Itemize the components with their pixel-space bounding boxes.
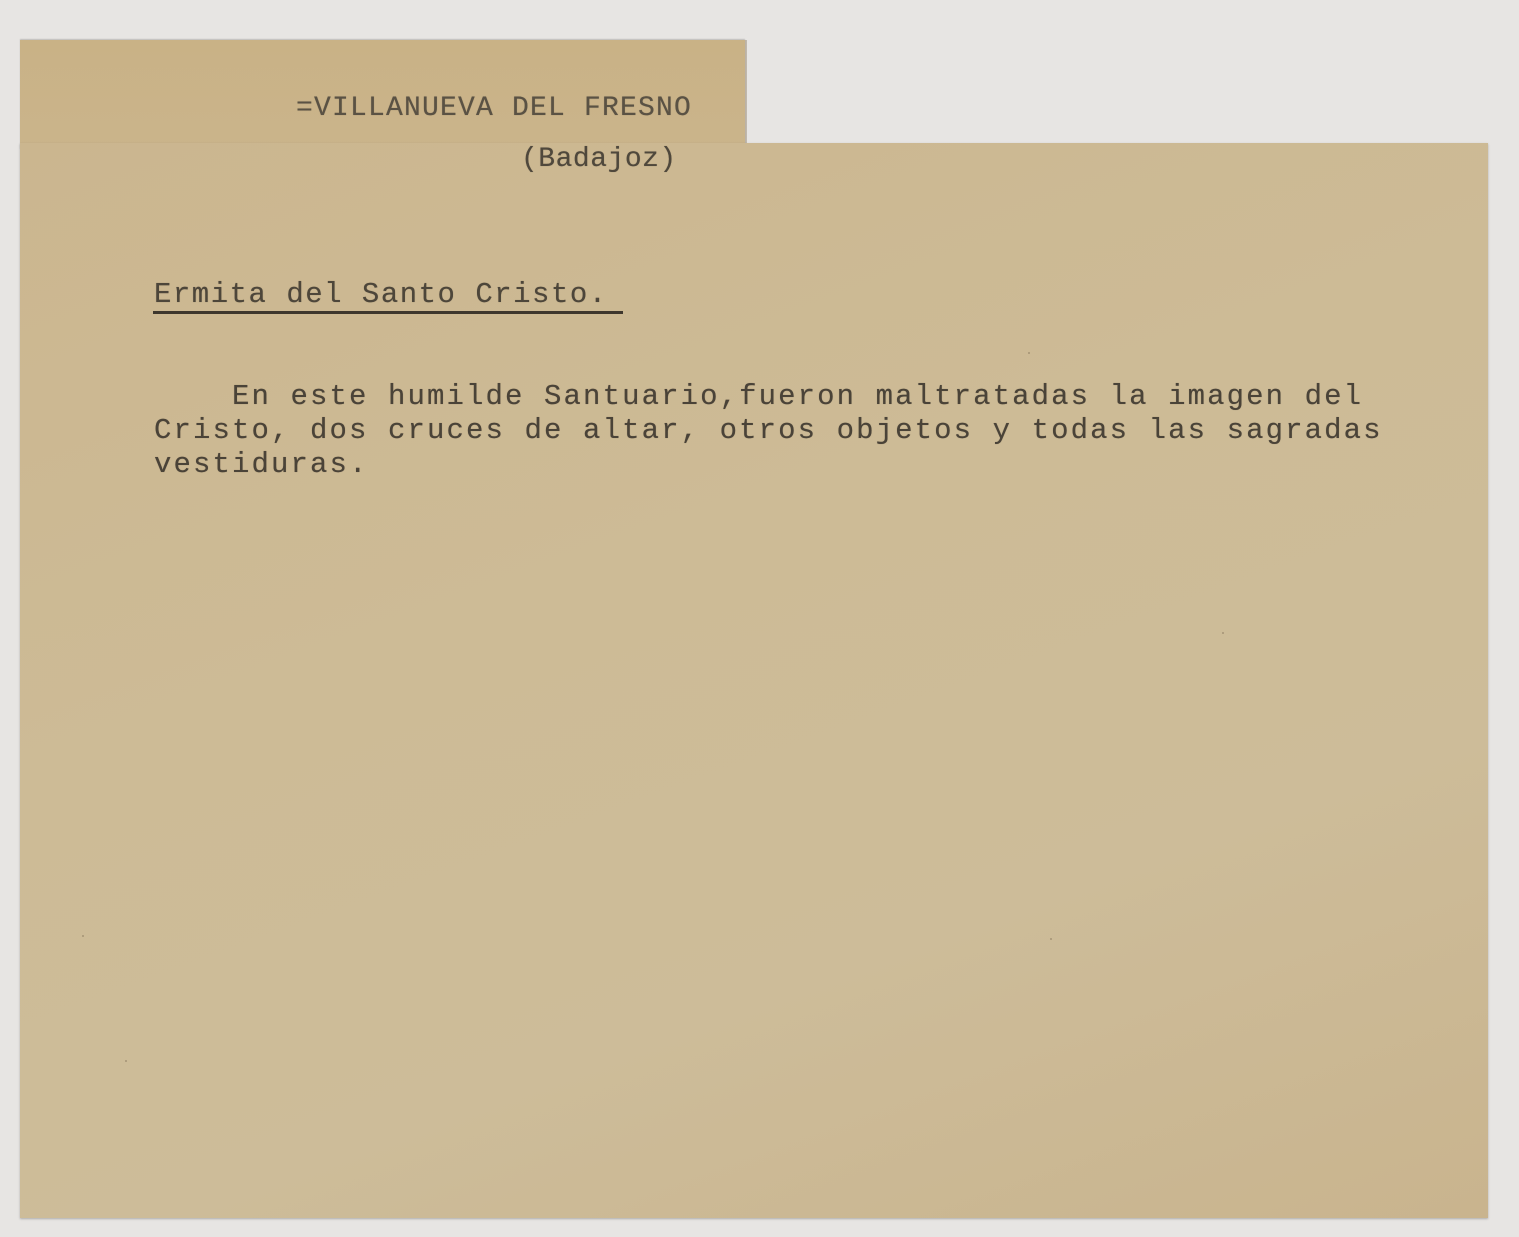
province-name: (Badajoz) [521,144,677,175]
body-line: En este humilde Santuario,fueron maltrat… [154,380,1383,414]
heading-underline [153,311,623,314]
paper-speck [125,1060,127,1062]
paper-speck [1028,352,1030,354]
paper-speck [1222,632,1224,634]
body-line: vestiduras. [154,448,1383,482]
section-heading: Ermita del Santo Cristo. [154,278,608,311]
place-name: =VILLANUEVA DEL FRESNO [296,93,692,124]
paper-speck [1050,938,1052,940]
paper-speck [82,935,84,937]
body-paragraph: En este humilde Santuario,fueron maltrat… [154,380,1383,482]
body-line: Cristo, dos cruces de altar, otros objet… [154,414,1383,448]
